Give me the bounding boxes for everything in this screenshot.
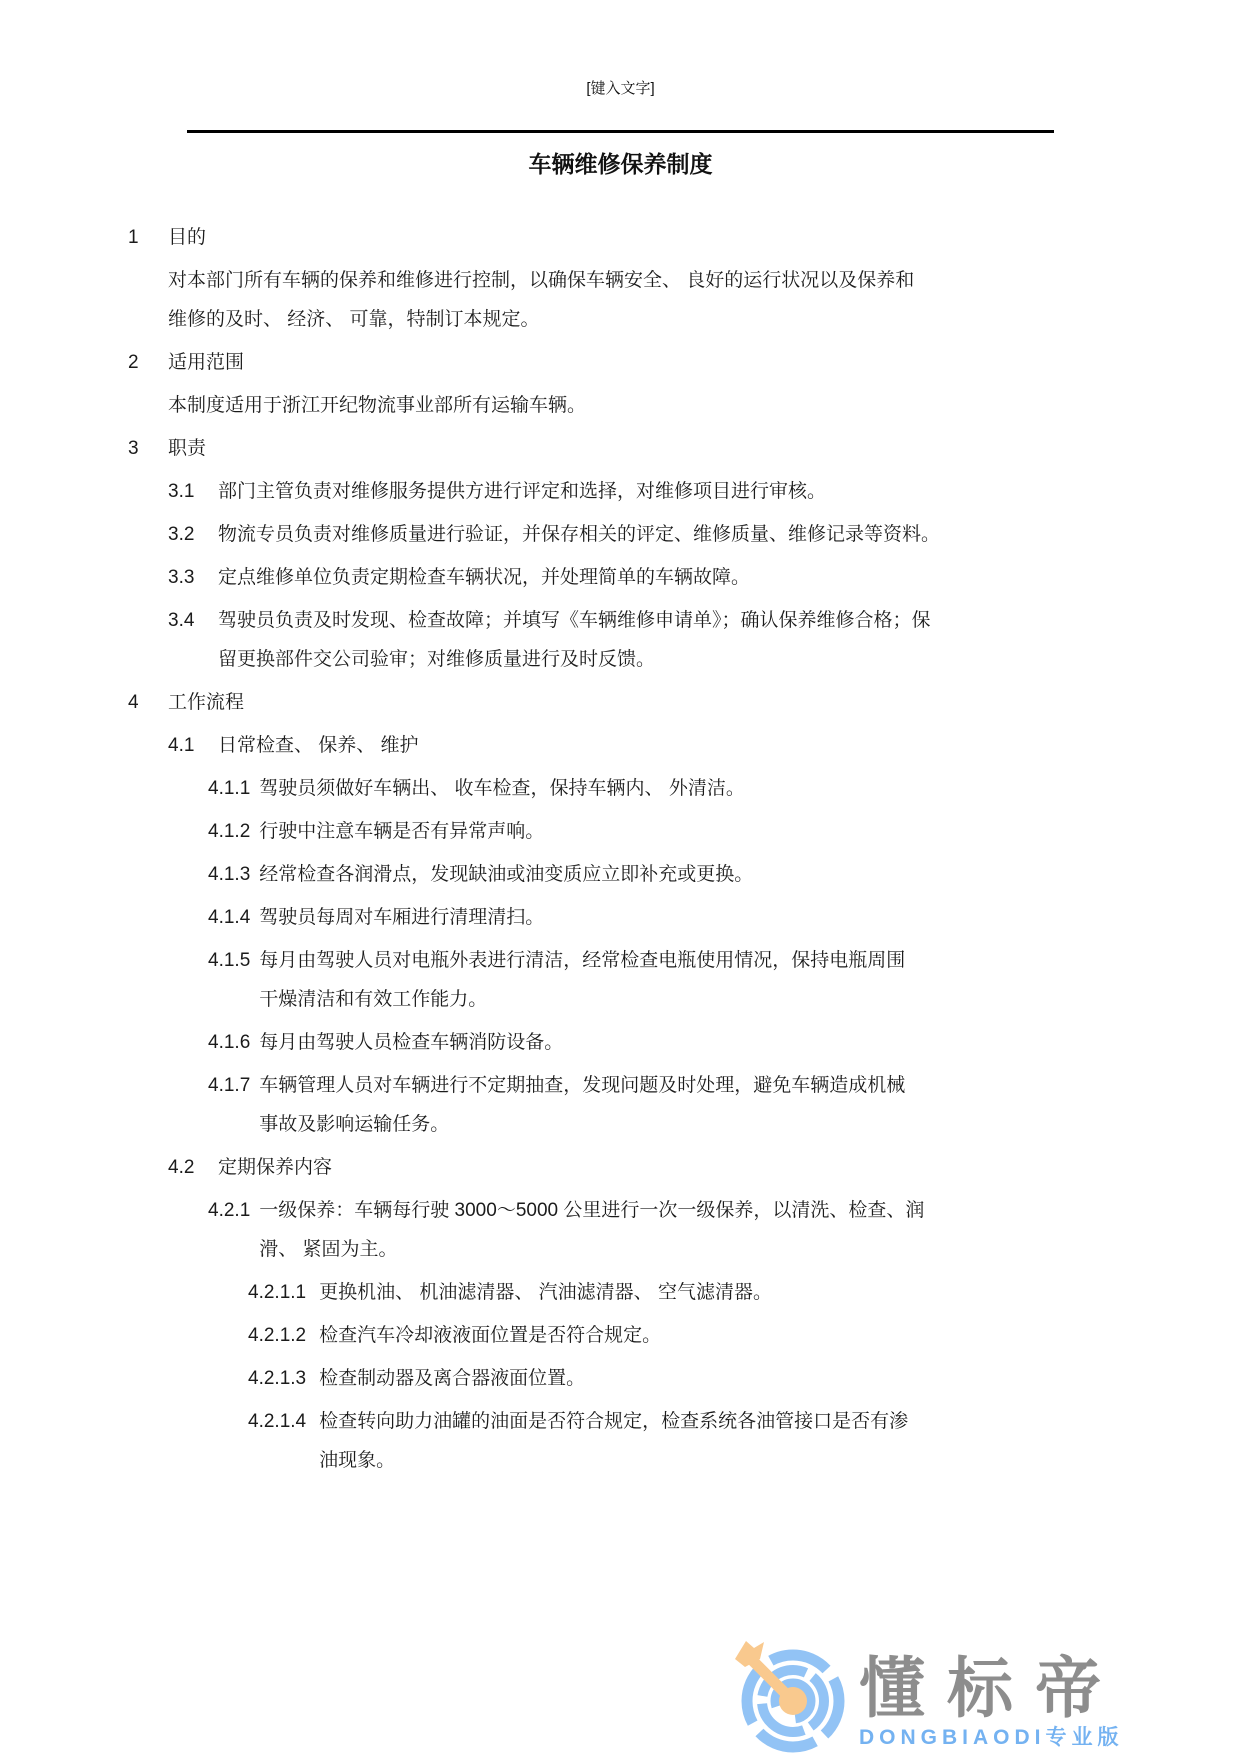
section-heading-label: 目的 — [168, 218, 206, 257]
item-text: 车辆管理人员对车辆进行不定期抽查，发现问题及时处理，避免车辆造成机械 事故及影响… — [259, 1066, 905, 1144]
target-dart-icon — [727, 1633, 849, 1754]
item-text: 检查汽车冷却液液面位置是否符合规定。 — [319, 1316, 661, 1355]
item-number: 4.2.1.1 — [248, 1273, 306, 1312]
item-text: 更换机油、 机油滤清器、 汽油滤清器、 空气滤清器。 — [319, 1273, 772, 1312]
item-text: 部门主管负责对维修服务提供方进行评定和选择，对维修项目进行审核。 — [218, 472, 826, 511]
list-item: 4.2.1一级保养：车辆每行驶 3000～5000 公里进行一次一级保养，以清洗… — [0, 1191, 1241, 1269]
item-number: 4.1.7 — [208, 1066, 250, 1144]
item-number: 4.1.4 — [208, 898, 250, 937]
watermark-text: 懂标帝 DONGBIAODI专业版 — [859, 1633, 1124, 1750]
item-text: 检查转向助力油罐的油面是否符合规定，检查系统各油管接口是否有渗 油现象。 — [319, 1402, 908, 1480]
item-text: 驾驶员每周对车厢进行清理清扫。 — [259, 898, 544, 937]
item-number: 4.1.5 — [208, 941, 250, 1019]
item-number: 3.4 — [168, 601, 218, 679]
item-number: 4.1 — [168, 726, 218, 765]
paragraph: 对本部门所有车辆的保养和维修进行控制，以确保车辆安全、 良好的运行状况以及保养和… — [0, 261, 1241, 339]
item-text: 定点维修单位负责定期检查车辆状况，并处理简单的车辆故障。 — [218, 558, 750, 597]
page-title: 车辆维修保养制度 — [0, 148, 1241, 180]
list-item: 4.1.7车辆管理人员对车辆进行不定期抽查，发现问题及时处理，避免车辆造成机械 … — [0, 1066, 1241, 1144]
list-item: 3.1部门主管负责对维修服务提供方进行评定和选择，对维修项目进行审核。 — [0, 472, 1241, 511]
item-text: 驾驶员负责及时发现、检查故障；并填写《车辆维修申请单》；确认保养维修合格；保 留… — [218, 601, 931, 679]
section-heading: 2适用范围 — [0, 343, 1241, 382]
item-number: 3.1 — [168, 472, 218, 511]
list-item: 4.1.6每月由驾驶人员检查车辆消防设备。 — [0, 1023, 1241, 1062]
item-text: 检查制动器及离合器液面位置。 — [319, 1359, 585, 1398]
list-item: 4.1.3经常检查各润滑点，发现缺油或油变质应立即补充或更换。 — [0, 855, 1241, 894]
paragraph: 本制度适用于浙江开纪物流事业部所有运输车辆。 — [0, 386, 1241, 425]
paragraph-text: 对本部门所有车辆的保养和维修进行控制，以确保车辆安全、 良好的运行状况以及保养和… — [168, 261, 914, 339]
document-page: [键入文字] 车辆维修保养制度 1目的 对本部门所有车辆的保养和维修进行控制，以… — [0, 0, 1241, 1754]
list-item: 4.2定期保养内容 — [0, 1148, 1241, 1187]
section-heading-label: 职责 — [168, 429, 206, 468]
section-heading: 4工作流程 — [0, 683, 1241, 722]
item-text: 行驶中注意车辆是否有异常声响。 — [259, 812, 544, 851]
list-item: 4.1.2行驶中注意车辆是否有异常声响。 — [0, 812, 1241, 851]
item-number: 3.2 — [168, 515, 218, 554]
item-text: 驾驶员须做好车辆出、 收车检查，保持车辆内、 外清洁。 — [259, 769, 745, 808]
item-text: 一级保养：车辆每行驶 3000～5000 公里进行一次一级保养，以清洗、检查、润… — [259, 1191, 924, 1269]
item-number: 4.2.1 — [208, 1191, 250, 1269]
item-text: 每月由驾驶人员对电瓶外表进行清洁，经常检查电瓶使用情况，保持电瓶周围 干燥清洁和… — [259, 941, 905, 1019]
header-placeholder: [键入文字] — [0, 0, 1241, 99]
item-number: 4.2.1.4 — [248, 1402, 306, 1480]
item-number: 4.1.2 — [208, 812, 250, 851]
section-heading: 3职责 — [0, 429, 1241, 468]
item-text: 物流专员负责对维修质量进行验证，并保存相关的评定、维修质量、维修记录等资料。 — [218, 515, 940, 554]
header-rule — [187, 130, 1054, 133]
item-text: 日常检查、 保养、 维护 — [218, 726, 419, 765]
item-text: 每月由驾驶人员检查车辆消防设备。 — [259, 1023, 563, 1062]
list-item: 4.1.5每月由驾驶人员对电瓶外表进行清洁，经常检查电瓶使用情况，保持电瓶周围 … — [0, 941, 1241, 1019]
item-number: 4.1.3 — [208, 855, 250, 894]
watermark-brand-cn: 懂标帝 — [859, 1653, 1124, 1723]
item-text: 定期保养内容 — [218, 1148, 332, 1187]
list-item: 4.2.1.4检查转向助力油罐的油面是否符合规定，检查系统各油管接口是否有渗 油… — [0, 1402, 1241, 1480]
section-number: 4 — [128, 683, 168, 722]
list-item: 4.2.1.1更换机油、 机油滤清器、 汽油滤清器、 空气滤清器。 — [0, 1273, 1241, 1312]
list-item: 4.2.1.2检查汽车冷却液液面位置是否符合规定。 — [0, 1316, 1241, 1355]
list-item: 4.1日常检查、 保养、 维护 — [0, 726, 1241, 765]
section-number: 2 — [128, 343, 168, 382]
section-heading-label: 适用范围 — [168, 343, 244, 382]
list-item: 4.1.4驾驶员每周对车厢进行清理清扫。 — [0, 898, 1241, 937]
section-number: 1 — [128, 218, 168, 257]
item-text: 经常检查各润滑点，发现缺油或油变质应立即补充或更换。 — [259, 855, 753, 894]
item-number: 4.2 — [168, 1148, 218, 1187]
item-number: 4.2.1.3 — [248, 1359, 306, 1398]
watermark: 懂标帝 DONGBIAODI专业版 — [727, 1633, 1124, 1754]
item-number: 4.1.6 — [208, 1023, 250, 1062]
item-number: 4.2.1.2 — [248, 1316, 306, 1355]
item-number: 4.1.1 — [208, 769, 250, 808]
section-heading-label: 工作流程 — [168, 683, 244, 722]
paragraph-text: 本制度适用于浙江开纪物流事业部所有运输车辆。 — [168, 386, 586, 425]
list-item: 3.2物流专员负责对维修质量进行验证，并保存相关的评定、维修质量、维修记录等资料… — [0, 515, 1241, 554]
watermark-brand-en: DONGBIAODI专业版 — [859, 1726, 1124, 1750]
list-item: 4.2.1.3检查制动器及离合器液面位置。 — [0, 1359, 1241, 1398]
list-item: 3.4驾驶员负责及时发现、检查故障；并填写《车辆维修申请单》；确认保养维修合格；… — [0, 601, 1241, 679]
document-body: 1目的 对本部门所有车辆的保养和维修进行控制，以确保车辆安全、 良好的运行状况以… — [0, 218, 1241, 1480]
list-item: 3.3定点维修单位负责定期检查车辆状况，并处理简单的车辆故障。 — [0, 558, 1241, 597]
section-number: 3 — [128, 429, 168, 468]
item-number: 3.3 — [168, 558, 218, 597]
section-heading: 1目的 — [0, 218, 1241, 257]
list-item: 4.1.1驾驶员须做好车辆出、 收车检查，保持车辆内、 外清洁。 — [0, 769, 1241, 808]
